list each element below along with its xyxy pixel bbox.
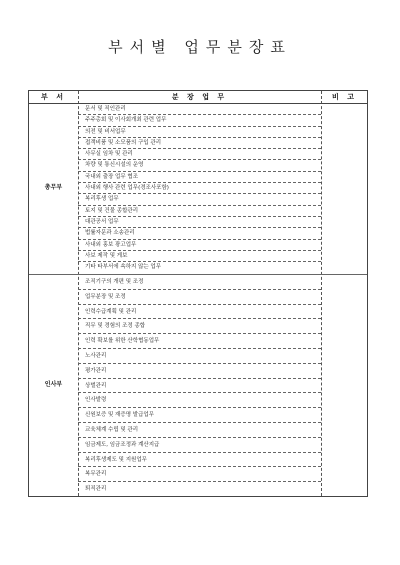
department-label: 총무부 [29, 182, 78, 191]
duty-row: 국내외 출장 업무 협조 [78, 172, 321, 183]
duty-row: 접객비품 및 소모품의 구입 관리 [78, 138, 321, 149]
duty-row: 법률자문과 소송관리 [78, 228, 321, 239]
duty-row: 사내외 홍보 광고업무 [78, 240, 321, 251]
duty-row: 조직기구의 개편 및 조정 [78, 275, 321, 290]
duty-row: 직무 및 경험의 조정 종합 [78, 319, 321, 334]
duty-row: 토지 및 건물 종합관리 [78, 206, 321, 217]
duty-row: 인사발령 [78, 393, 321, 408]
header-department: 부 서 [29, 91, 78, 103]
duty-row: 기타 타부서에 속하지 않는 업무 [78, 262, 321, 273]
duty-row: 신원보증 및 재증명 발급업무 [78, 408, 321, 423]
duty-row: 복리후생제도 및 지원업무 [78, 453, 321, 468]
duty-row: 인력 확보를 위한 산학협동업무 [78, 334, 321, 349]
duty-row: 노사관리 [78, 349, 321, 364]
duty-row: 업무분장 및 조정 [78, 290, 321, 305]
duty-row: 대관공서 업무 [78, 217, 321, 228]
header-duties: 분 장 업 무 [78, 91, 321, 103]
duty-row: 의전 및 비서업무 [78, 127, 321, 138]
duty-row: 퇴직관리 [78, 482, 321, 497]
duty-list: 문서 및 직인관리 주주총회 및 이사회개최 관련 업무 의전 및 비서업무 접… [78, 104, 321, 274]
department-label: 인사부 [29, 379, 78, 388]
duty-assignment-table: 부 서 분 장 업 무 비 고 총무부 문서 및 직인관리 주주총회 및 이사회… [28, 90, 368, 497]
duty-row: 평가관리 [78, 364, 321, 379]
duty-row: 문서 및 직인관리 [78, 104, 321, 115]
duty-row: 차량 및 통신시설의 운영 [78, 160, 321, 171]
duty-row: 교육체계 수립 및 관리 [78, 423, 321, 438]
header-notes: 비 고 [321, 91, 368, 103]
duty-row: 사보 제작 및 게보 [78, 251, 321, 262]
duty-row: 주주총회 및 이사회개최 관련 업무 [78, 115, 321, 126]
duty-row: 복무관리 [78, 467, 321, 482]
duty-row: 인력수급계획 및 관리 [78, 305, 321, 320]
duty-row: 임금제도, 임금조정과 계산지급 [78, 438, 321, 453]
duty-list: 조직기구의 개편 및 조정 업무분장 및 조정 인력수급계획 및 관리 직무 및… [78, 275, 321, 497]
duty-row: 사무실 임차 및 관리 [78, 149, 321, 160]
duty-row: 상벌관리 [78, 379, 321, 394]
duty-row: 사내외 행사 관련 업무(경조사포함) [78, 183, 321, 194]
table-header: 부 서 분 장 업 무 비 고 [29, 91, 367, 104]
section-general-affairs: 총무부 문서 및 직인관리 주주총회 및 이사회개최 관련 업무 의전 및 비서… [29, 104, 367, 274]
duty-row: 복리후생 업무 [78, 194, 321, 205]
section-personnel: 인사부 조직기구의 개편 및 조정 업무분장 및 조정 인력수급계획 및 관리 … [29, 274, 367, 497]
page-title: 부서별 업무분장표 [0, 36, 400, 57]
